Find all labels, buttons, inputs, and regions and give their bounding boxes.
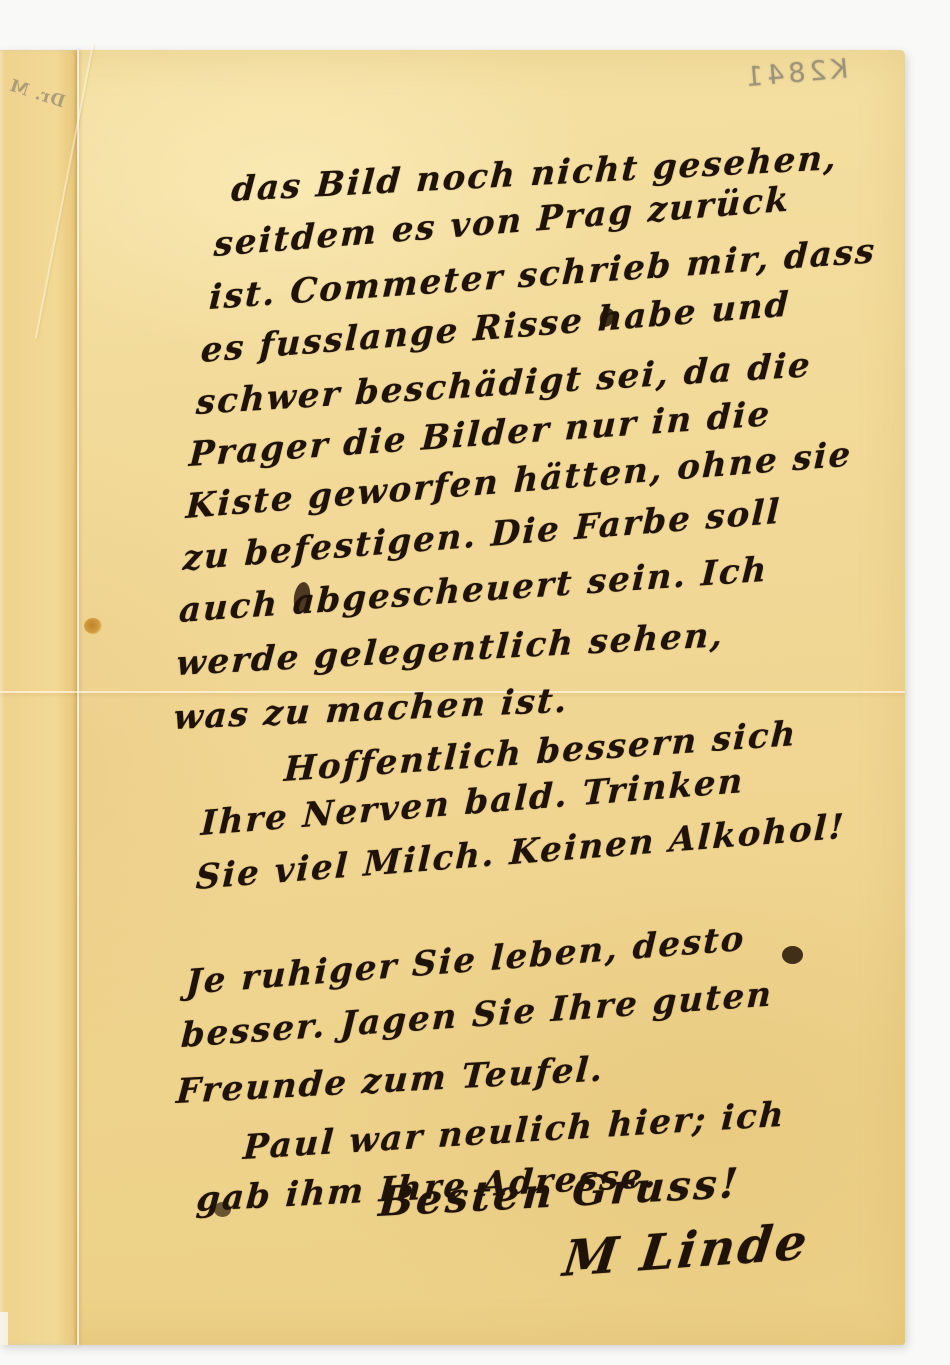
scan-background: Dr. M K2841 das Bild noch nicht gesehen,…	[0, 0, 950, 1365]
ink-blot	[782, 946, 803, 964]
paper-stain	[84, 618, 102, 634]
folded-edge-strip	[0, 50, 78, 1345]
letter-page: Dr. M K2841 das Bild noch nicht gesehen,…	[0, 50, 905, 1345]
letter-line: was zu machen ist.	[172, 681, 570, 738]
archive-number-mirrored: K2841	[741, 53, 850, 93]
letter-line: Freunde zum Teufel.	[175, 1049, 606, 1112]
vertical-fold-crease	[77, 50, 79, 1345]
scan-edge-sliver	[0, 1312, 8, 1345]
letter-line: Paul war neulich hier; ich	[242, 1095, 787, 1168]
letter-signature: M Linde	[560, 1212, 813, 1288]
